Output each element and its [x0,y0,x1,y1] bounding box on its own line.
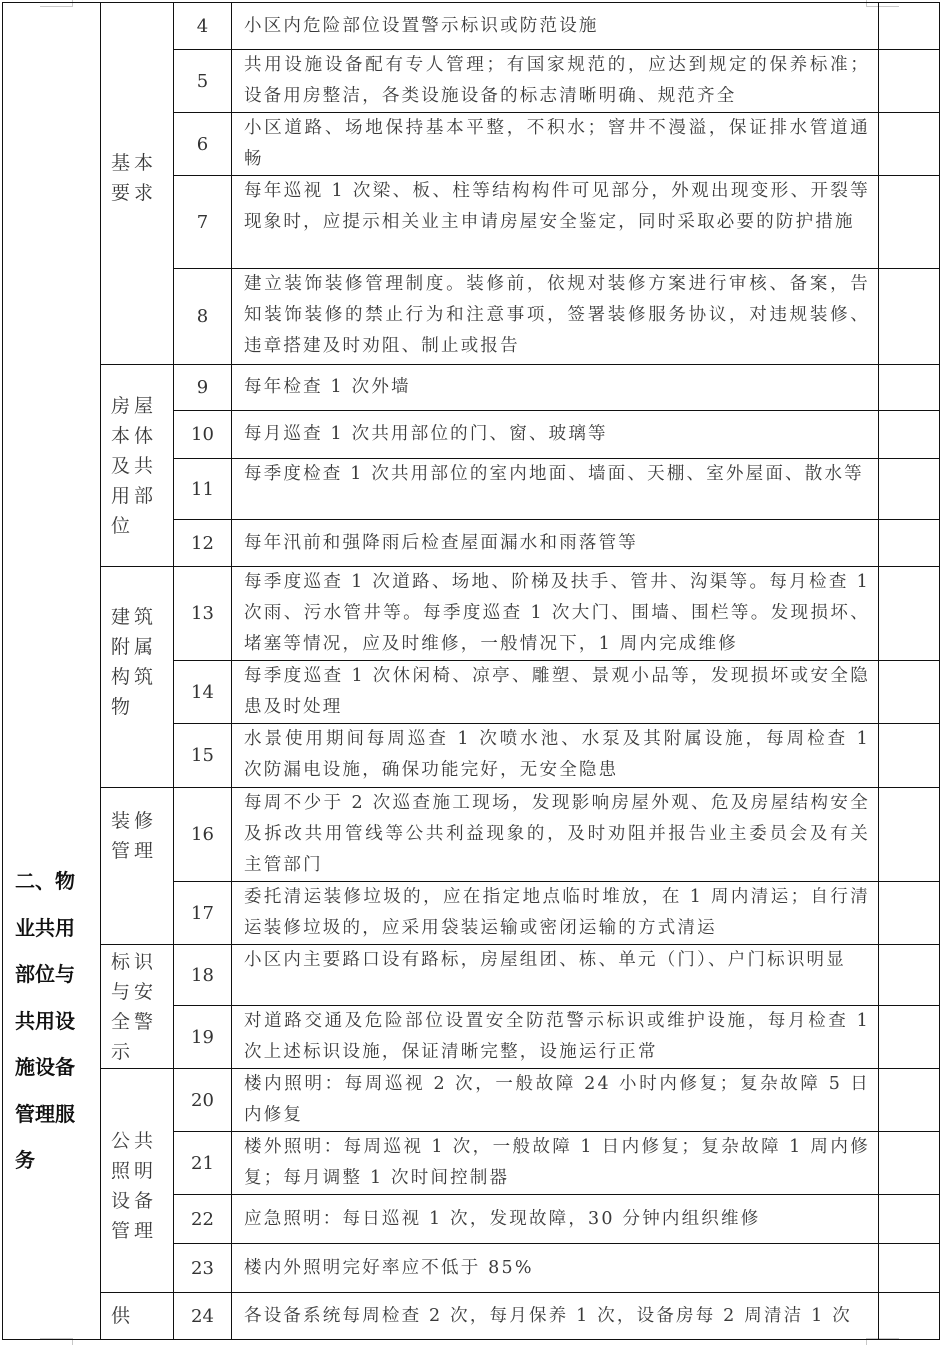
row-check-cell [879,1244,940,1293]
row-number: 16 [174,788,232,882]
table-row: 供 24 各设备系统每周检查 2 次，每月保养 1 次，设备房每 2 周清洁 1… [3,1293,940,1340]
category-label: 装修管理 [101,806,161,866]
row-text: 共用设施设备配有专人管理；有国家规范的，应达到规定的保养标准；设备用房整洁，各类… [232,50,879,113]
row-text: 委托清运装修垃圾的，应在指定地点临时堆放，在 1 周内清运；自行清运装修垃圾的，… [232,882,879,945]
row-check-cell [879,1069,940,1132]
row-text: 每季度检查 1 次共用部位的室内地面、墙面、天棚、室外屋面、散水等 [232,459,879,520]
row-text: 每年检查 1 次外墙 [232,365,879,411]
row-text: 每周不少于 2 次巡查施工现场，发现影响房屋外观、危及房屋结构安全及拆改共用管线… [232,788,879,882]
row-number: 4 [174,3,232,50]
row-number: 9 [174,365,232,411]
row-check-cell [879,724,940,788]
row-check-cell [879,788,940,882]
category-label: 标识与安全警示 [101,947,161,1067]
row-number: 6 [174,113,232,176]
row-text: 应急照明：每日巡视 1 次，发现故障，30 分钟内组织维修 [232,1195,879,1244]
row-check-cell [879,269,940,365]
row-check-cell [879,567,940,661]
category-cell-ancillary: 建筑附属构筑物 [101,567,174,788]
row-number: 8 [174,269,232,365]
row-text: 建立装饰装修管理制度。装修前，依规对装修方案进行审核、备案，告知装饰装修的禁止行… [232,269,879,365]
category-label: 基本要求 [101,148,161,208]
table-row: 标识与安全警示 18 小区内主要路口设有路标，房屋组团、栋、单元（门）、户门标识… [3,945,940,1006]
category-cell-supply: 供 [101,1293,174,1340]
row-number: 7 [174,176,232,269]
service-standard-table: 二、物业共用部位与共用设施设备管理服务 基本要求 4 小区内危险部位设置警示标识… [2,2,940,1340]
row-text: 小区道路、场地保持基本平整，不积水；窨井不漫溢，保证排水管道通畅 [232,113,879,176]
row-number: 18 [174,945,232,1006]
row-text: 水景使用期间每周巡查 1 次喷水池、水泵及其附属设施，每周检查 1 次防漏电设施… [232,724,879,788]
row-check-cell [879,1132,940,1195]
row-check-cell [879,1293,940,1340]
section-cell: 二、物业共用部位与共用设施设备管理服务 [3,3,101,1340]
row-check-cell [879,459,940,520]
row-number: 15 [174,724,232,788]
row-check-cell [879,3,940,50]
row-number: 19 [174,1006,232,1069]
row-number: 24 [174,1293,232,1340]
row-check-cell [879,365,940,411]
row-text: 每年巡视 1 次梁、板、柱等结构构件可见部分，外观出现变形、开裂等现象时，应提示… [232,176,879,269]
row-number: 22 [174,1195,232,1244]
row-text: 每月巡查 1 次共用部位的门、窗、玻璃等 [232,411,879,459]
row-text: 小区内危险部位设置警示标识或防范设施 [232,3,879,50]
row-number: 13 [174,567,232,661]
row-check-cell [879,1006,940,1069]
category-cell-basic: 基本要求 [101,3,174,365]
row-number: 10 [174,411,232,459]
row-check-cell [879,882,940,945]
row-check-cell [879,411,940,459]
row-text: 对道路交通及危险部位设置安全防范警示标识或维护设施，每月检查 1 次上述标识设施… [232,1006,879,1069]
row-text: 各设备系统每周检查 2 次，每月保养 1 次，设备房每 2 周清洁 1 次 [232,1293,879,1340]
row-check-cell [879,113,940,176]
row-number: 23 [174,1244,232,1293]
category-cell-signage: 标识与安全警示 [101,945,174,1069]
table-row: 装修管理 16 每周不少于 2 次巡查施工现场，发现影响房屋外观、危及房屋结构安… [3,788,940,882]
category-label: 公共照明设备管理 [101,1126,161,1246]
row-check-cell [879,945,940,1006]
table-row: 公共照明设备管理 20 楼内照明：每周巡视 2 次，一般故障 24 小时内修复；… [3,1069,940,1132]
category-cell-building: 房屋本体及共用部位 [101,365,174,567]
table-row: 房屋本体及共用部位 9 每年检查 1 次外墙 [3,365,940,411]
row-number: 14 [174,661,232,724]
row-number: 17 [174,882,232,945]
category-label: 供 [101,1301,161,1331]
table-row: 二、物业共用部位与共用设施设备管理服务 基本要求 4 小区内危险部位设置警示标识… [3,3,940,50]
section-label: 二、物业共用部位与共用设施设备管理服务 [3,858,81,1184]
row-number: 5 [174,50,232,113]
row-text: 每季度巡查 1 次休闲椅、凉亭、雕塑、景观小品等，发现损坏或安全隐患及时处理 [232,661,879,724]
row-number: 12 [174,520,232,567]
table-row: 建筑附属构筑物 13 每季度巡查 1 次道路、场地、阶梯及扶手、管井、沟渠等。每… [3,567,940,661]
row-check-cell [879,50,940,113]
row-number: 20 [174,1069,232,1132]
category-label: 房屋本体及共用部位 [101,391,161,541]
row-text: 楼外照明：每周巡视 1 次，一般故障 1 日内修复；复杂故障 1 周内修复；每月… [232,1132,879,1195]
row-text: 楼内外照明完好率应不低于 85% [232,1244,879,1293]
row-text: 楼内照明：每周巡视 2 次，一般故障 24 小时内修复；复杂故障 5 日内修复 [232,1069,879,1132]
category-cell-lighting: 公共照明设备管理 [101,1069,174,1293]
row-text: 小区内主要路口设有路标，房屋组团、栋、单元（门）、户门标识明显 [232,945,879,1006]
row-check-cell [879,520,940,567]
row-number: 21 [174,1132,232,1195]
row-check-cell [879,176,940,269]
category-cell-renovation: 装修管理 [101,788,174,945]
row-check-cell [879,1195,940,1244]
row-text: 每年汛前和强降雨后检查屋面漏水和雨落管等 [232,520,879,567]
row-check-cell [879,661,940,724]
category-label: 建筑附属构筑物 [101,602,161,722]
row-number: 11 [174,459,232,520]
row-text: 每季度巡查 1 次道路、场地、阶梯及扶手、管井、沟渠等。每月检查 1 次雨、污水… [232,567,879,661]
